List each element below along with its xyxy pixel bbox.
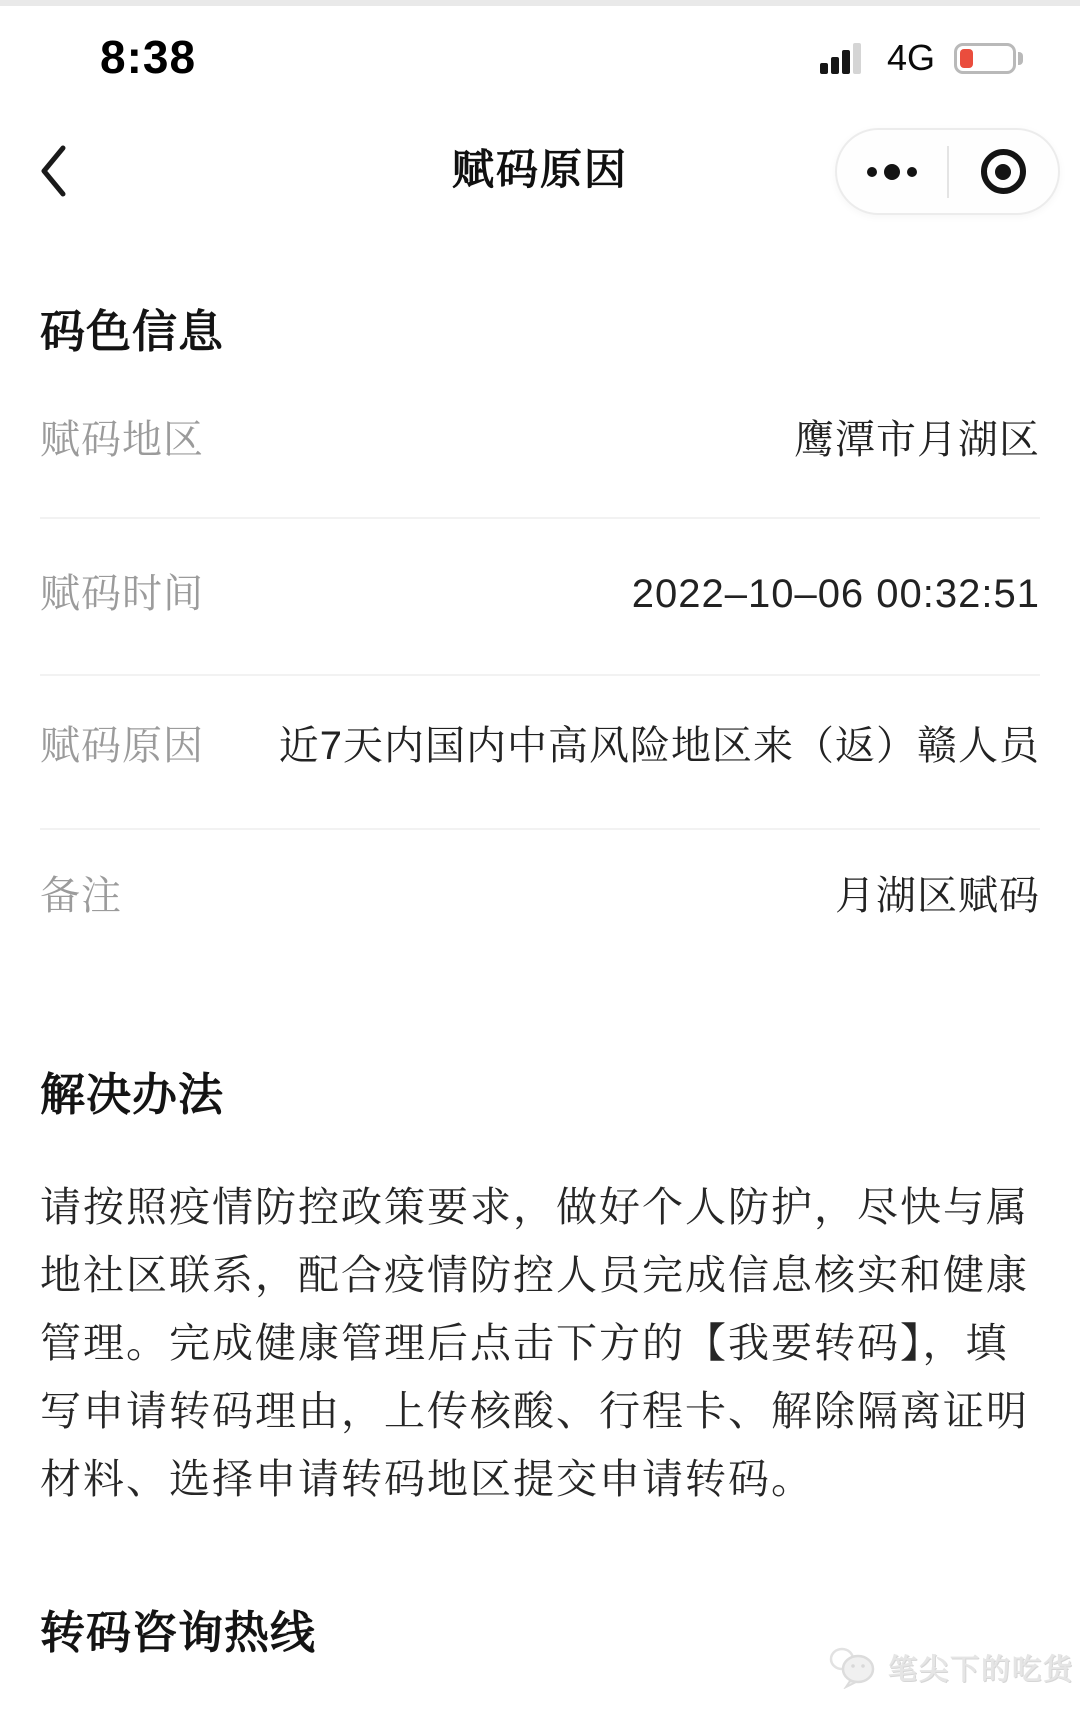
row-label: 赋码原因	[40, 723, 204, 769]
row-label: 赋码地区	[40, 417, 204, 463]
target-circle-icon	[981, 149, 1026, 194]
cellular-signal-icon	[820, 43, 861, 74]
row-value: 近7天内国内中高风险地区来（返）赣人员	[279, 723, 1040, 769]
battery-icon	[954, 43, 1023, 74]
info-row-reason: 赋码原因 近7天内国内中高风险地区来（返）赣人员	[40, 723, 1040, 769]
watermark-text: 笔尖下的吃货	[888, 1647, 1074, 1688]
watermark-logo-icon	[828, 1645, 880, 1689]
info-row-region: 赋码地区 鹰潭市月湖区	[40, 417, 1040, 463]
section-heading-hotline: 转码咨询热线	[40, 1608, 316, 1658]
miniprogram-capsule	[835, 128, 1060, 215]
row-divider	[40, 517, 1040, 519]
clock: 8:38	[100, 34, 196, 80]
capsule-home-button[interactable]	[949, 130, 1059, 213]
screenshot-top-edge	[0, 0, 1080, 6]
nav-bar: 赋码原因	[0, 115, 1080, 220]
network-type-label: 4G	[887, 40, 935, 76]
row-divider	[40, 674, 1040, 676]
more-options-button[interactable]	[837, 130, 947, 213]
row-value: 月湖区赋码	[835, 873, 1040, 919]
solution-paragraph: 请按照疫情防控政策要求，做好个人防护，尽快与属 地社区联系，配合疫情防控人员完成…	[40, 1173, 1045, 1513]
row-value: 2022–10–06 00:32:51	[632, 571, 1040, 617]
watermark: 笔尖下的吃货	[828, 1645, 1074, 1689]
row-divider	[40, 828, 1040, 830]
row-label: 赋码时间	[40, 571, 204, 617]
status-indicators: 4G	[820, 42, 1023, 74]
battery-level-fill	[960, 49, 973, 68]
row-value: 鹰潭市月湖区	[794, 417, 1040, 463]
row-label: 备注	[40, 873, 122, 919]
section-heading-code-info: 码色信息	[40, 307, 224, 357]
section-heading-solution: 解决办法	[40, 1070, 224, 1120]
info-row-time: 赋码时间 2022–10–06 00:32:51	[40, 571, 1040, 617]
more-options-icon	[867, 164, 917, 180]
info-row-remark: 备注 月湖区赋码	[40, 873, 1040, 919]
